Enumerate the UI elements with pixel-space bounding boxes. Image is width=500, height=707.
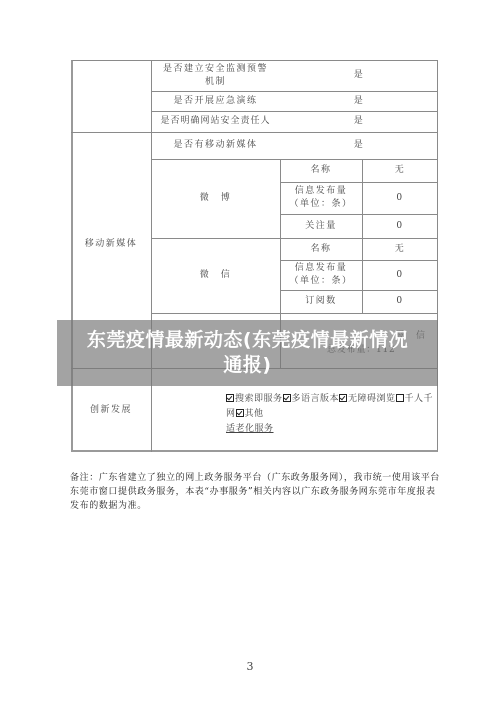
headline-overlay-banner: 东莞疫情最新动态(东莞疫情最新情况 通报) bbox=[57, 320, 438, 386]
weixin-subscribers-field: 订阅数 bbox=[280, 290, 362, 313]
weixin-label: 微 信 bbox=[151, 238, 280, 313]
row-divider bbox=[151, 313, 438, 314]
option-label: 无障碍浏览 bbox=[348, 394, 396, 404]
checkbox-checked-icon[interactable] bbox=[339, 394, 347, 402]
security-monitoring-value: 是 bbox=[280, 60, 438, 91]
weibo-name-value: 无 bbox=[362, 159, 438, 182]
headline-line-2: 通报) bbox=[223, 353, 271, 378]
weibo-label: 微 博 bbox=[151, 159, 280, 238]
label-line: 是否建立安全监测预警 bbox=[163, 63, 268, 76]
option-search-as-service[interactable]: 搜索即服务 bbox=[226, 394, 283, 404]
option-accessibility[interactable]: 无障碍浏览 bbox=[339, 394, 396, 404]
option-label: 其他 bbox=[245, 409, 264, 419]
checkbox-checked-icon[interactable] bbox=[236, 409, 244, 417]
headline-line-1: 东莞疫情最新动态(东莞疫情最新情况 bbox=[87, 328, 408, 353]
emergency-drill-value: 是 bbox=[280, 91, 438, 111]
weixin-subscribers-value: 0 bbox=[362, 290, 438, 313]
security-monitoring-label: 是否建立安全监测预警 机制 bbox=[151, 60, 280, 91]
field-line: （单位：条） bbox=[289, 198, 352, 211]
weibo-followers-field: 关注量 bbox=[280, 214, 362, 238]
option-multilingual[interactable]: 多语言版本 bbox=[283, 394, 340, 404]
footnote: 备注：广东省建立了独立的网上政务服务平台（广东政务服务网），我市统一使用该平台东… bbox=[70, 471, 440, 513]
page-number: 3 bbox=[0, 660, 500, 673]
innovation-options: 搜索即服务多语言版本无障碍浏览千人千网其他 适老化服务 bbox=[226, 392, 436, 437]
checkbox-checked-icon[interactable] bbox=[226, 394, 234, 402]
document-page: 是否建立安全监测预警 机制 是 是否开展应急演练 是 是否明确网站安全责任人 是… bbox=[0, 0, 500, 707]
security-owner-value: 是 bbox=[280, 111, 438, 132]
checkbox-unchecked-icon[interactable] bbox=[396, 394, 404, 402]
field-line: 信息发布量 bbox=[295, 262, 348, 275]
weibo-followers-value: 0 bbox=[362, 214, 438, 238]
checkbox-checked-icon[interactable] bbox=[283, 394, 291, 402]
weibo-posts-field: 信息发布量 （单位：条） bbox=[280, 182, 362, 214]
has-mobile-media-value: 是 bbox=[280, 132, 438, 159]
label-line: 机制 bbox=[205, 76, 226, 89]
security-owner-label: 是否明确网站安全责任人 bbox=[151, 111, 280, 132]
emergency-drill-label: 是否开展应急演练 bbox=[151, 91, 280, 111]
option-label: 多语言版本 bbox=[292, 394, 340, 404]
field-line: 信息发布量 bbox=[295, 185, 348, 198]
field-line: （单位：条） bbox=[289, 275, 352, 288]
weixin-posts-field: 信息发布量 （单位：条） bbox=[280, 260, 362, 290]
other-option-text: 适老化服务 bbox=[226, 424, 274, 434]
has-mobile-media-label: 是否有移动新媒体 bbox=[151, 132, 280, 159]
option-other[interactable]: 其他 bbox=[236, 409, 264, 419]
weibo-name-field: 名称 bbox=[280, 159, 362, 182]
option-label: 搜索即服务 bbox=[235, 394, 283, 404]
weixin-posts-value: 0 bbox=[362, 260, 438, 290]
weixin-name-field: 名称 bbox=[280, 238, 362, 260]
weibo-posts-value: 0 bbox=[362, 182, 438, 214]
weixin-name-value: 无 bbox=[362, 238, 438, 260]
